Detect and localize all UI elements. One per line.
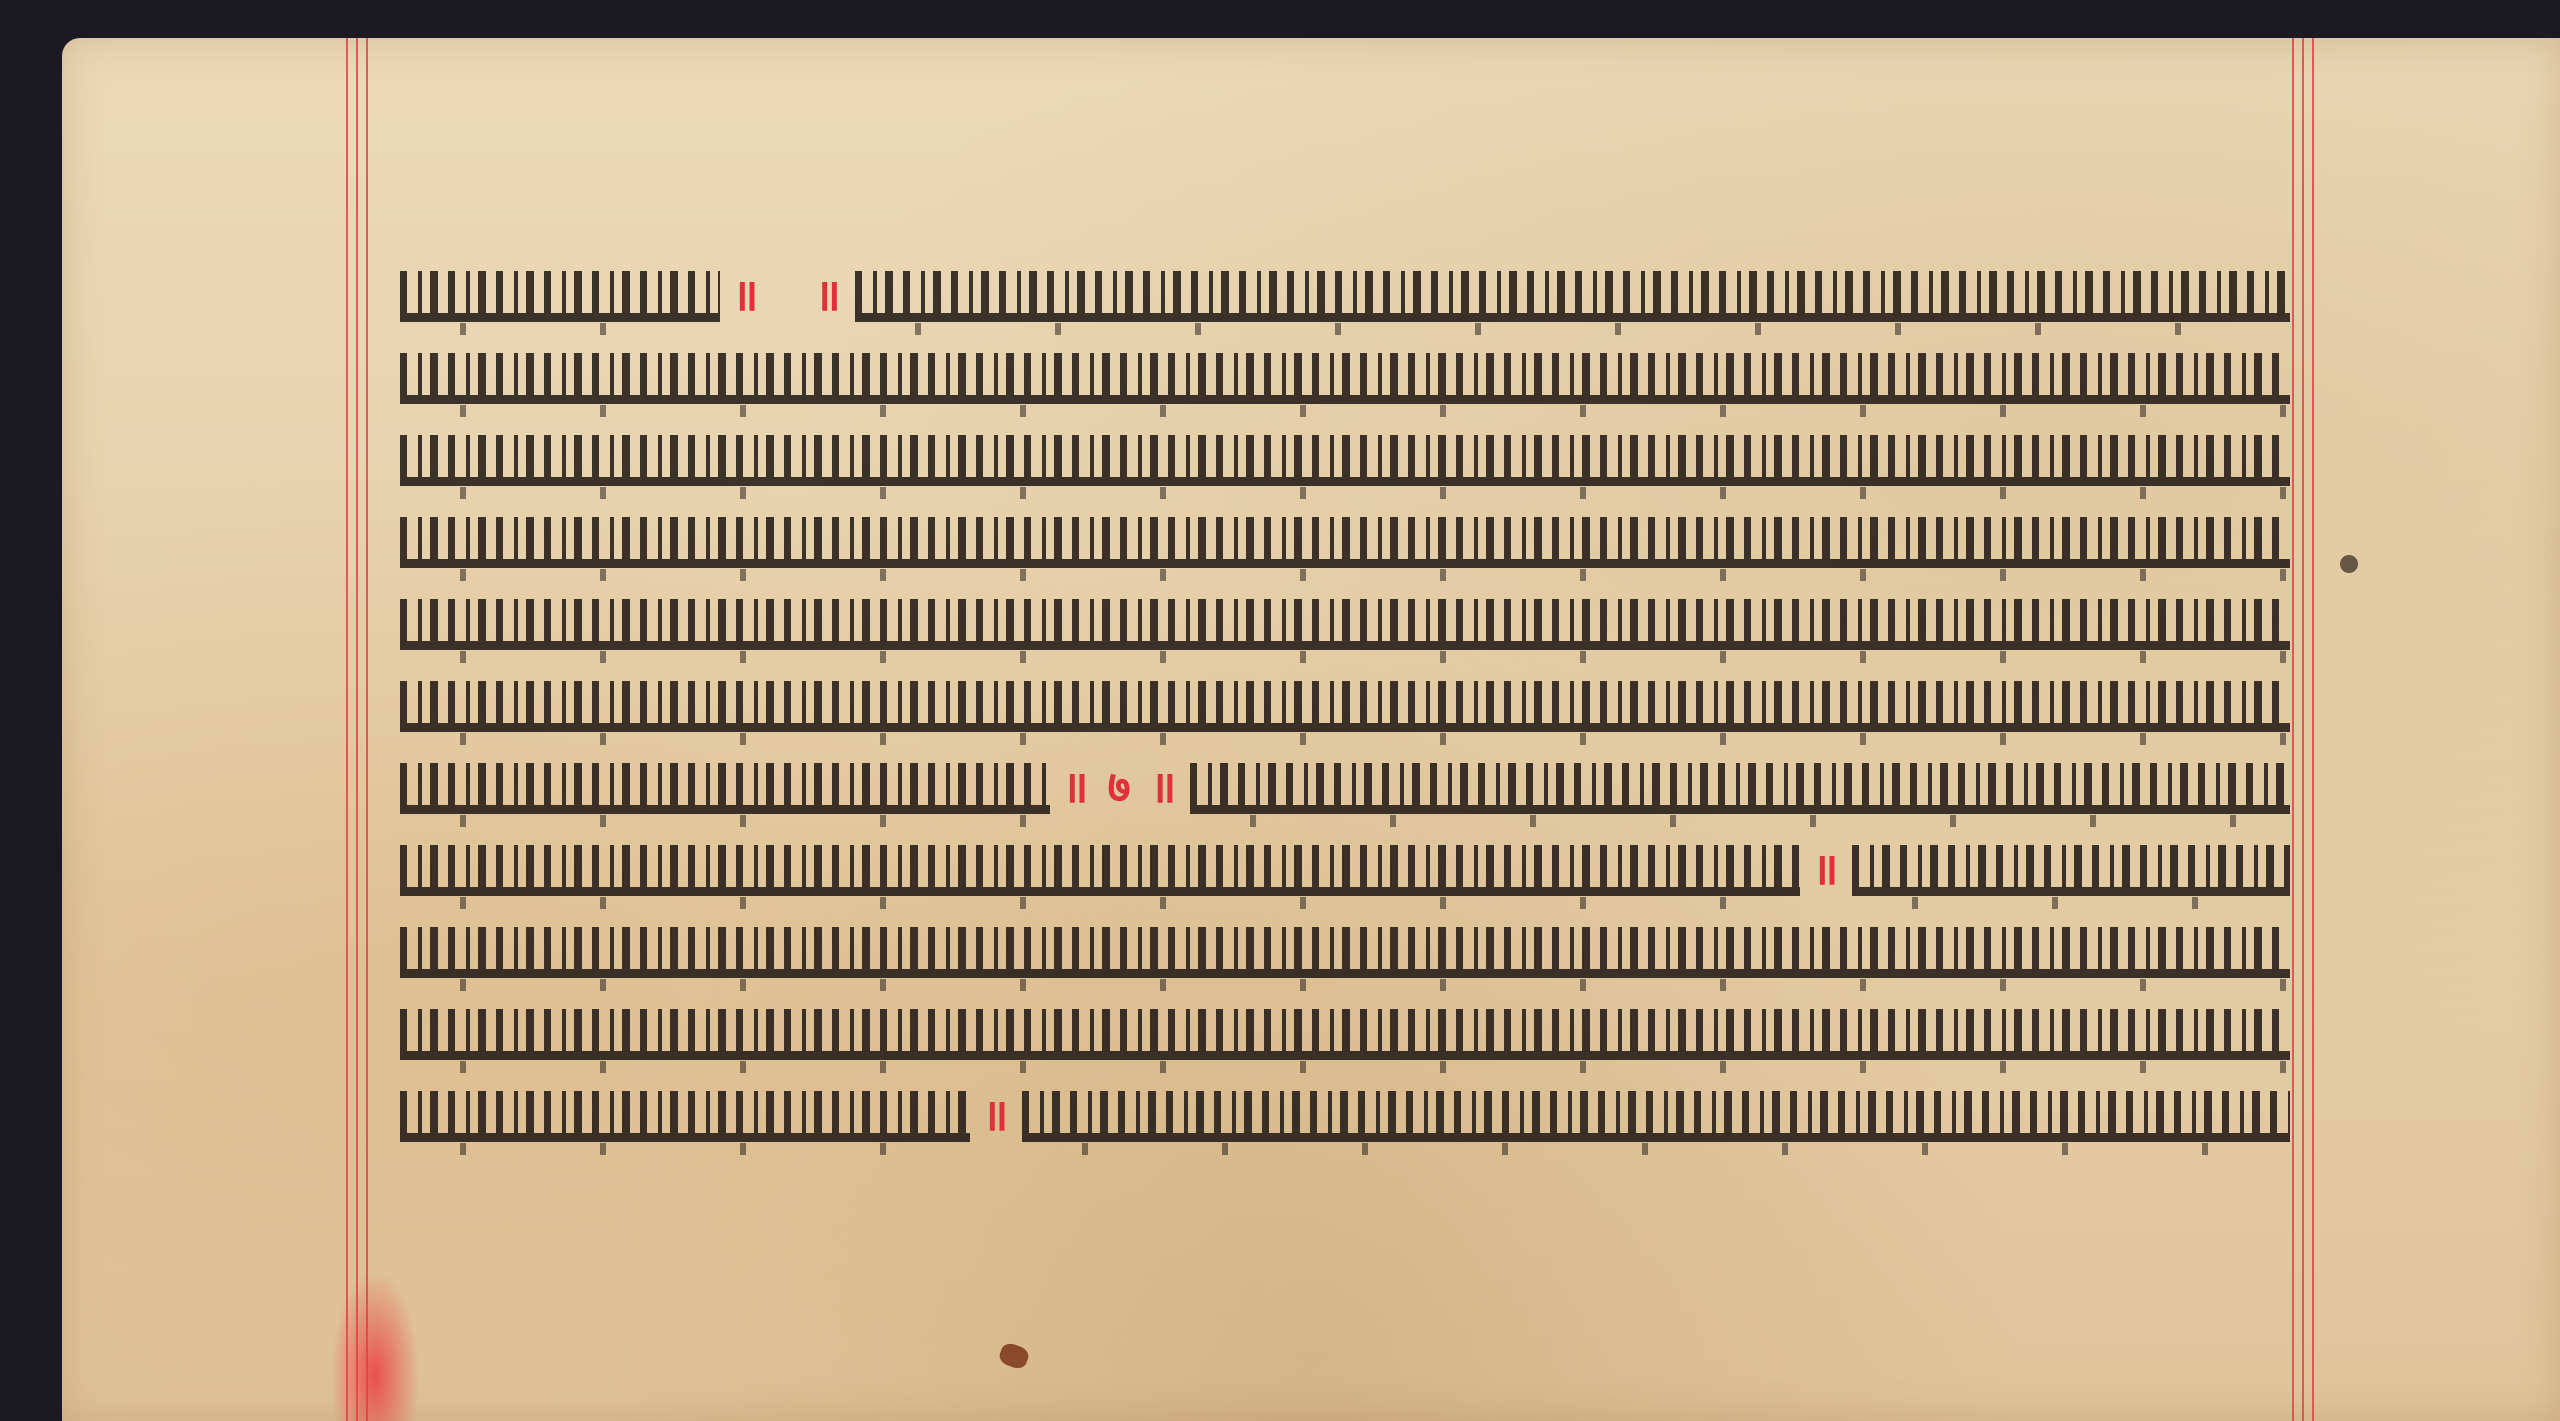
ink-blot <box>2340 555 2358 573</box>
right-margin-rule <box>2302 38 2304 1421</box>
text-line <box>400 419 2290 501</box>
rubric-danda: ॥ <box>1800 848 1852 892</box>
text-line <box>400 501 2290 583</box>
text-line <box>400 665 2290 747</box>
right-margin-rule <box>2292 38 2294 1421</box>
text-line <box>400 583 2290 665</box>
left-margin-rule <box>366 38 368 1421</box>
text-line <box>400 337 2290 419</box>
rubric-danda: ॥ <box>720 274 772 318</box>
rubric-verse-number: ॥ ७ ॥ <box>1050 766 1190 810</box>
text-line: ॥ <box>400 1075 2290 1157</box>
text-line: ॥ ७ ॥ <box>400 747 2290 829</box>
rubric-danda: ॥ <box>970 1094 1022 1138</box>
text-line <box>400 993 2290 1075</box>
text-line: ॥॥ <box>400 255 2290 337</box>
red-pigment-stain <box>330 1270 420 1421</box>
left-margin-rule <box>356 38 358 1421</box>
rubric-danda: ॥ <box>802 274 854 318</box>
text-line <box>400 911 2290 993</box>
text-block: ॥॥ ॥ ७ ॥ ॥ ॥ <box>400 255 2290 1157</box>
left-margin-rule <box>346 38 348 1421</box>
text-line: ॥ <box>400 829 2290 911</box>
right-margin-rule <box>2312 38 2314 1421</box>
